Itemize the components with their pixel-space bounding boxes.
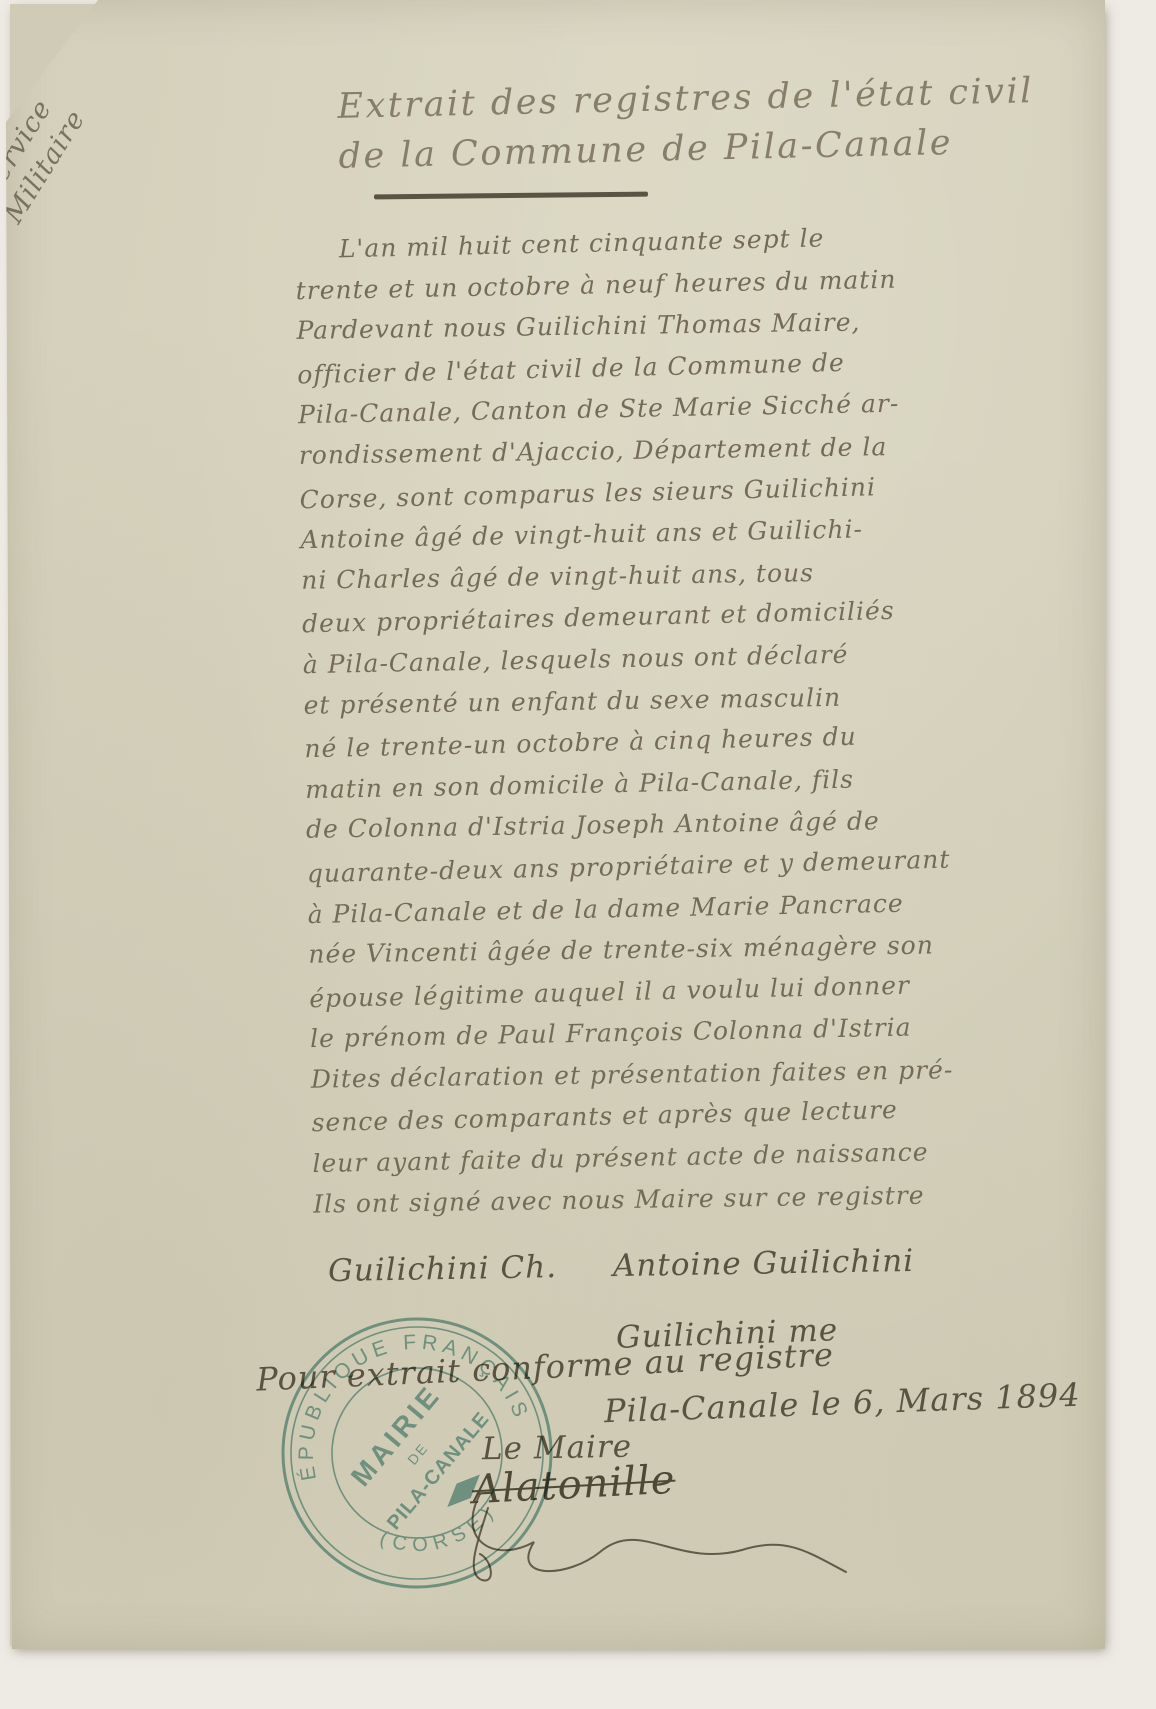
signature-antoine-guilichini: Antoine Guilichini	[613, 1243, 915, 1284]
body-text: L'an mil huit cent cinquante sept le tre…	[294, 216, 957, 1226]
stamp-ring-top-text: RÉPUBLIQUE FRANÇAISE	[266, 1302, 536, 1492]
mairie-stamp: RÉPUBLIQUE FRANÇAISE (CORSE) MAIRIE DE P…	[262, 1298, 572, 1608]
place-and-date: Pila-Canale le 6, Mars 1894	[603, 1376, 1081, 1431]
title-underline-rule	[374, 192, 648, 200]
signature-guilichini-ch: Guilichini Ch.	[328, 1249, 558, 1289]
body-line: Ils ont signé avec nous Maire sur ce reg…	[313, 1174, 957, 1225]
spacer	[557, 1276, 613, 1277]
witness-signatures: Guilichini Ch.Antoine Guilichini	[328, 1243, 915, 1289]
paper-sheet: Service Militaire Extrait des registres …	[6, 0, 1105, 1649]
scanned-document-page: Service Militaire Extrait des registres …	[0, 0, 1156, 1709]
stamp-ring-bottom-text: (CORSE)	[372, 1495, 508, 1570]
document-title: Extrait des registres de l'état civil de…	[337, 66, 1036, 182]
